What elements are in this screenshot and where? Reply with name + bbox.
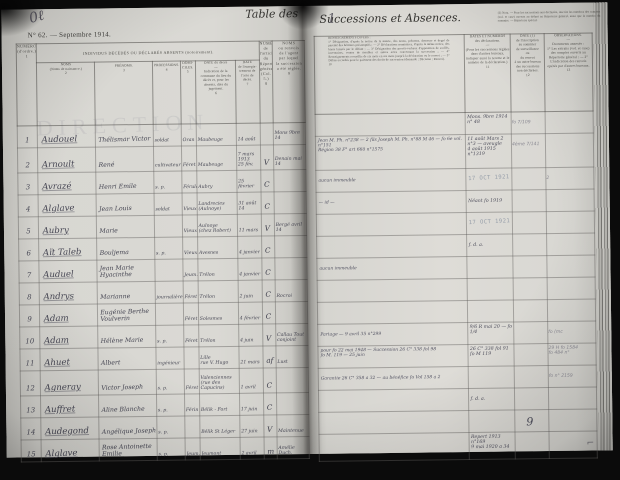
cell-text: Audegond [41, 427, 89, 438]
page-number-mark: 1 [327, 12, 335, 27]
cell-commune: Maubeuge [196, 145, 236, 171]
cell-profession [155, 303, 183, 325]
cell-text: 6 [26, 250, 31, 258]
cell-prenom: Marianne [97, 281, 155, 304]
cell-text: Solesmes [199, 316, 238, 322]
cell-text: Jean Louis [97, 204, 154, 212]
cell-prenom: Jean Marie Hyacinthe [97, 259, 155, 282]
cell-text: 8 [27, 294, 32, 302]
cell-domicile: Jeum. [183, 259, 198, 281]
cell-date-envoi [513, 233, 547, 255]
cell-text: Ahuet [40, 359, 70, 369]
cell-text: C [263, 269, 271, 277]
cell-text: Agneray [41, 384, 81, 395]
cell-text [516, 443, 549, 445]
cell-commune: Jeumont [200, 437, 240, 459]
page-title-left: Table des [245, 7, 298, 21]
cell-dates-numeros: Repert 1913 n°169 9 mai 1920 a 34 [469, 432, 515, 460]
cell-text: V [261, 159, 269, 167]
cell-text [469, 377, 514, 379]
cell-text: V [262, 225, 270, 233]
cell-text [316, 124, 465, 127]
cell-text [513, 245, 546, 247]
cell-nom: Avrazé [38, 172, 96, 195]
cell-text: 10 [25, 338, 34, 346]
cell-etat-civil: C [262, 280, 275, 302]
cell-prenom: Bouljema [97, 237, 155, 260]
cell-text: s. p. [157, 386, 184, 391]
cell-profession: cultivateur [153, 146, 181, 172]
cell-observations [547, 233, 595, 256]
cell-profession: s. p. [156, 325, 184, 347]
cell-renseignements [315, 112, 465, 136]
cell-text [515, 355, 548, 357]
band-header: INDIVIDUS DÉCÉDÉS OU DÉCLARÉS ABSENTS (n… [36, 41, 259, 63]
cell-text: Jeum. [184, 272, 198, 277]
cell-text: Vieux [183, 206, 197, 211]
cell-text: 5 [26, 228, 31, 236]
cell-observations [546, 189, 594, 212]
cell-domicile: Féret [183, 281, 198, 303]
cell-text: Aulnoye (chez Robert) [198, 222, 237, 233]
cell-text: Thélismar Victor [96, 135, 153, 143]
table-row: 13 Auffret Aline Blanche s. p. Férin Bél… [21, 393, 309, 419]
cell-text: Vieux [183, 250, 197, 255]
cell-date-deces: 31 août 14 [237, 192, 261, 214]
cell-dates-numeros [468, 366, 514, 389]
cell-date-envoi [514, 321, 548, 343]
cell-text: Adam [40, 315, 69, 325]
cell-text: Aline Blanche [99, 405, 156, 413]
cell-domicile: Jeum. [185, 438, 200, 460]
cell-text: 2 juin [239, 293, 262, 298]
cell-text: Jeum. [186, 451, 200, 456]
cell-text: 4 juin [239, 337, 262, 342]
cell-date-deces: 14 août [236, 123, 260, 145]
cell-etat-civil: V [263, 324, 276, 346]
cell-numero: 5 [18, 217, 38, 239]
cell-text: Henri Emile [96, 182, 153, 190]
col-header-repertoire: NUMÉRO de l'article du Répertoire généra… [259, 41, 273, 123]
cell-text: Albert [98, 358, 155, 366]
cell-text: s. p. [155, 250, 182, 255]
col-header-date: DATE de l'enregis- trement de l'acte de … [235, 60, 260, 123]
cell-observations [547, 255, 595, 278]
cell-commune: Valenciennes (rue des Capucins) [199, 368, 239, 394]
cell-date-envoi [512, 211, 546, 233]
cell-text: Maubeuge [197, 162, 236, 168]
cell-domicile [185, 416, 200, 438]
cell-etat-civil: C [262, 236, 275, 258]
cell-text: V [263, 335, 271, 343]
cell-nom: Aït Taleb [39, 238, 97, 261]
cell-notaire [274, 169, 306, 191]
cell-text: Mons 9bre 14 [274, 130, 305, 141]
cell-text [468, 289, 513, 291]
cell-text: Auffret [41, 406, 75, 416]
cell-notaire: Amélie Duch. [277, 437, 309, 459]
cell-renseignements: pour fo 22 mai 1948 — Succession 26 C° 3… [318, 344, 468, 368]
cell-text [548, 288, 595, 290]
cell-text: Hélène Marie [98, 336, 155, 344]
cell-commune: Trélon [198, 280, 238, 302]
cell-observations [545, 110, 593, 133]
cell-dates-numeros [469, 410, 515, 433]
successions-table-left: NUMÉROS (d'ordre.) 1 INDIVIDUS DÉCÉDÉS O… [16, 40, 310, 463]
cell-text: 15 [27, 451, 36, 459]
cell-etat-civil: C [262, 258, 275, 280]
cell-prenom: Rose Antoinette Emilie [99, 438, 157, 461]
cell-text: 9 [27, 316, 32, 324]
col-header-domiciles: DOMI- CILES. 5 [180, 61, 196, 124]
cell-commune: Avesnes [198, 236, 238, 258]
cell-prenom: Victor Joseph [98, 369, 156, 395]
cell-text: Bélik - Fort [200, 407, 239, 413]
cell-notaire: Bergé avril 14 [274, 213, 306, 235]
cell-numero: 1 [17, 125, 37, 147]
cell-text: soldat [154, 137, 181, 142]
cell-profession: soldat [154, 193, 182, 215]
cell-text: Féret [184, 338, 198, 343]
cell-renseignements [319, 410, 469, 434]
cell-dates-numeros: 17 OCT 1921 [466, 168, 512, 191]
cell-text: 2 avril [241, 451, 264, 456]
cell-domicile: Vieux [183, 237, 198, 259]
cell-etat-civil: af [263, 346, 276, 368]
cell-text: f. d. a. [467, 240, 512, 247]
cell-text: Repert 1913 n°169 9 mai 1920 a 34 [469, 432, 514, 449]
cell-text: 4 février [239, 315, 262, 320]
cell-text: Rocroi [276, 293, 307, 299]
cell-date-envoi [514, 387, 548, 409]
cell-renseignements [319, 432, 469, 461]
cell-numero: 15 [21, 440, 41, 462]
cell-text: 9/6 R mai 20 — fo 1/4 [468, 322, 513, 334]
cell-date-envoi [513, 299, 547, 321]
cell-nom: Audouel [37, 125, 95, 148]
cell-text: Garantie 26 C° 358 a 32 — au bénéfice fo… [319, 373, 468, 381]
cell-nom: Audegond [41, 417, 99, 440]
cell-text: aucun immeuble [316, 175, 465, 183]
cell-date-deces: 2 juin [238, 280, 262, 302]
cell-text: s. p. [156, 338, 183, 343]
cell-notaire [276, 367, 308, 393]
cell-text: Maubeuge [197, 136, 236, 142]
cell-date-envoi [515, 431, 549, 459]
cell-text: cultivateur [154, 162, 181, 167]
cell-dates-numeros: f. d. a. [468, 388, 514, 411]
cell-renseignements [317, 278, 467, 302]
cell-numero: 10 [20, 327, 40, 349]
cell-nom: Auduel [39, 260, 97, 283]
cell-observations [547, 277, 595, 300]
cell-etat-civil: C [261, 192, 274, 214]
cell-etat-civil: C [262, 302, 275, 324]
cell-text [547, 200, 594, 202]
cell-notaire [275, 235, 307, 257]
cell-nom: Ahuet [40, 348, 98, 371]
cell-text: Jeumont [201, 451, 240, 457]
cell-etat-civil: V [264, 415, 277, 437]
cell-text: journalière [156, 294, 183, 299]
cell-dates-numeros: 26 C° 338 fol 91 fo M 119 [468, 344, 514, 367]
cell-text: Trélon [199, 272, 238, 278]
col-header-numero: NUMÉROS (d'ordre.) 1 [16, 44, 37, 126]
cell-text: s. p. [158, 452, 185, 457]
cell-dates-numeros: 17 OCT 1921 [466, 212, 512, 235]
cell-nom: Agneray [40, 370, 98, 396]
table-row: 4 Alglave Jean Louis soldat Vieux Landre… [18, 191, 306, 217]
cell-text: Landrecies (Aulnoye) [198, 200, 237, 211]
cell-text: 12 [26, 385, 35, 393]
cell-nom: Aubry [38, 216, 96, 239]
cell-notaire: Rocroi [275, 279, 307, 301]
cell-text [515, 377, 548, 379]
cell-prenom: Henri Emile [96, 171, 154, 194]
cell-domicile: Oran [181, 123, 196, 145]
cell-text: — id — [317, 197, 466, 205]
register-spread: DIRECTION N° 62. — Septembre 1914. Table… [1, 2, 612, 457]
cell-date-deces: 11 mars [237, 214, 261, 236]
cell-text: Callau Tout conjoint [276, 332, 307, 343]
cell-notaire: Maintenue [277, 415, 309, 437]
col-header-prenoms: PRÉNOMS. 3 [94, 61, 153, 124]
cell-numero: 6 [19, 239, 39, 261]
cell-renseignements: Partage — 9 avril 35 n°299 [318, 322, 468, 346]
cell-profession: s. p. [156, 369, 184, 395]
cell-text: Marie [97, 226, 154, 234]
cell-profession: soldat [153, 124, 181, 146]
cell-domicile: Vieux [182, 215, 197, 237]
document-scan: DIRECTION N° 62. — Septembre 1914. Table… [0, 0, 620, 480]
cell-observations [546, 211, 594, 234]
cell-renseignements: Garantie 26 C° 358 a 32 — au bénéfice fo… [318, 366, 468, 390]
cell-etat-civil: C [264, 393, 277, 415]
cell-text: 4 [26, 206, 31, 214]
cell-observations: fo n° 2159 [548, 365, 596, 388]
cell-commune: Aubry [197, 170, 237, 192]
cell-text [514, 333, 547, 335]
cell-prenom: Hélène Marie [98, 325, 156, 348]
cell-domicile: Féret [184, 369, 199, 394]
cell-text: 29 H fo 1584 fo 484 n° [548, 343, 595, 355]
cell-text: Alglave [42, 450, 78, 460]
cell-date-deces: 4 janvier [238, 236, 262, 258]
cell-renseignements: Jean M. Ph. n°238 — 2 fils Joseph M. Ph.… [315, 134, 465, 170]
cell-text: C [264, 382, 272, 390]
cell-profession: s. p. [157, 416, 185, 438]
cell-text: C [263, 313, 271, 321]
cell-etat-civil: m [264, 437, 277, 459]
cell-text [319, 400, 468, 403]
table-body-left: 1 Audouel Thélismar Victor soldat Oran M… [17, 122, 309, 462]
cell-nom: Andrys [39, 282, 97, 305]
table-row: 11 Ahuet Albert ingénieur Lille rue V. H… [20, 345, 308, 371]
cell-numero: 14 [21, 418, 41, 440]
corner-tick-mark: ⌐ [587, 439, 595, 449]
cell-date-envoi: fo 7/109 [511, 111, 545, 133]
cell-date-envoi: 4ème 7/141 [511, 133, 545, 168]
cell-text: Vieux [183, 228, 197, 233]
cell-profession: s. p. [155, 237, 183, 259]
cell-text: Bélik St Léger [200, 429, 239, 435]
cell-text: 7 mars 1913 25 fév. [237, 151, 260, 167]
cell-text [548, 310, 595, 312]
cell-text: C [262, 247, 270, 255]
cell-text [467, 267, 512, 269]
cell-profession: ingénieur [156, 347, 184, 369]
cell-date-envoi [513, 255, 547, 277]
cell-text: 11 août Mars 2 n°3 — aveugle 4 août 1915… [466, 134, 511, 157]
cell-text [546, 144, 593, 146]
cell-text: 17 OCT 1921 [466, 171, 512, 183]
cell-commune: Aulnoye (chez Robert) [197, 214, 237, 236]
cell-nom: Arnoult [37, 147, 95, 173]
cell-etat-civil [260, 122, 273, 144]
cell-text: Audouel [38, 135, 78, 146]
cell-domicile: Férule [182, 171, 197, 193]
cell-observations [549, 409, 597, 432]
cell-domicile: Féret [181, 145, 196, 170]
table-row: 1 Audouel Thélismar Victor soldat Oran M… [17, 122, 305, 148]
cell-text: 11 mars [238, 227, 261, 232]
col-header-notaire: NOMS ou renvois de l'agent par lequel la… [272, 41, 305, 123]
cell-text [549, 398, 596, 400]
cell-text [513, 201, 546, 203]
table-row: 8 Andrys Marianne journalière Féret Trél… [19, 279, 307, 305]
cell-renseignements [317, 234, 467, 258]
page-title-right: Successions et Absences. [319, 11, 461, 26]
cell-text: Valenciennes (rue des Capucins) [200, 375, 239, 391]
cell-dates-numeros: Néant fo 1919 [466, 190, 512, 213]
table-row: 14 Audegond Angélique Joseph s. p. Bélik… [21, 415, 309, 441]
cell-commune: Maubeuge [196, 123, 236, 145]
cell-text: af [264, 357, 274, 365]
cell-text: V [264, 426, 272, 434]
cell-text [547, 222, 594, 224]
table-row: 6 Aït Taleb Bouljema s. p. Vieux Avesnes… [19, 235, 307, 261]
cell-nom: Auffret [41, 395, 99, 418]
table-row: 2 Arnoult René cultivateur Féret Maubeug… [17, 144, 305, 173]
cell-nom: Adam [40, 326, 98, 349]
cell-domicile [184, 347, 199, 369]
cell-text [549, 420, 596, 422]
cell-text: Jean M. Ph. n°238 — 2 fils Joseph M. Ph.… [316, 135, 465, 153]
cell-text: C [263, 291, 271, 299]
cell-observations: fo (mc [548, 321, 596, 344]
cell-renseignements: aucun immeuble [316, 168, 466, 192]
cell-text: Lille rue V. Hugo [200, 354, 239, 365]
table-row: Repert 1913 n°169 9 mai 1920 a 34 [319, 431, 597, 462]
cell-text: 27 juin [240, 429, 263, 434]
cell-prenom: René [95, 146, 153, 172]
cell-text: Féret [182, 162, 196, 167]
cell-date-deces: 25 février [237, 170, 261, 192]
cell-text: aucun immeuble [317, 263, 466, 271]
cell-text: s. p. [157, 430, 184, 435]
cell-notaire: Lust [276, 345, 308, 367]
successions-table-right: RENSEIGNEMENTS DIVERS : 1° Désignation, … [314, 32, 598, 462]
cell-text: f. d. a. [469, 394, 514, 401]
cell-text: 26 C° 338 fol 91 fo M 119 [468, 344, 513, 356]
cell-date-envoi [513, 277, 547, 299]
cell-profession [155, 259, 183, 281]
cell-text [317, 246, 466, 249]
cell-text: soldat [155, 206, 182, 211]
cell-notaire [277, 393, 309, 415]
cell-text: ingénieur [157, 360, 184, 365]
cell-dates-numeros [467, 278, 513, 301]
cell-notaire: Callau Tout conjoint [276, 323, 308, 345]
cell-text: Avesnes [198, 250, 237, 256]
cell-profession: s. p. [154, 171, 182, 193]
cell-text: s. p. [157, 408, 184, 413]
cell-text: 1 [25, 137, 30, 145]
cell-text [318, 312, 467, 315]
cell-text: Alglave [39, 204, 75, 214]
cell-text: Adam [40, 337, 69, 347]
cell-text: Aubry [197, 184, 236, 190]
cell-text: Néant fo 1919 [467, 196, 512, 203]
col-header-observations: OBSERVATIONS. — Documents annexés : 1° L… [544, 33, 593, 111]
cell-etat-civil: C [261, 170, 274, 192]
cell-renseignements: — id — [316, 190, 466, 214]
cell-profession [154, 215, 182, 237]
cell-text: 11 [26, 360, 35, 368]
cell-text: Oran [182, 137, 196, 142]
cell-etat-civil: V [261, 214, 274, 236]
cell-text: fo n° 2159 [549, 371, 596, 378]
cell-text: 3 [26, 184, 31, 192]
cell-numero: 12 [20, 371, 40, 397]
cell-nom: Alglave [38, 194, 96, 217]
cell-dates-numeros: 11 août Mars 2 n°3 — aveugle 4 août 1915… [465, 133, 511, 168]
table-row: 7 Auduel Jean Marie Hyacinthe Jeum. Trél… [19, 257, 307, 283]
cell-text [318, 290, 467, 293]
cell-domicile: Vieux [182, 193, 197, 215]
table-row: 10 Adam Hélène Marie s. p. Féret Trélon … [20, 323, 308, 349]
cell-numero: 7 [19, 261, 39, 283]
cell-text: Lust [277, 359, 308, 365]
cell-profession: journalière [155, 281, 183, 303]
cell-text [547, 266, 594, 268]
cell-profession: s. p. [156, 394, 184, 416]
cell-text: Féret [184, 316, 198, 321]
cell-text: Angélique Joseph [99, 427, 156, 435]
cell-text: Auduel [39, 271, 74, 281]
cell-domicile: Férin [184, 394, 199, 416]
cell-text: Férin [185, 407, 199, 412]
cell-text: Maintenue [277, 428, 308, 434]
cell-text [513, 223, 546, 225]
cell-renseignements: aucun immeuble [317, 256, 467, 280]
cell-commune: Trélon [198, 258, 238, 280]
cell-numero: 13 [21, 396, 41, 418]
cell-text: 14 août [237, 136, 260, 141]
cell-numero: 3 [18, 173, 38, 195]
cell-observations: 29 H fo 1584 fo 484 n° [548, 343, 596, 366]
cell-text: Denain mai 14 [274, 156, 305, 167]
cell-prenom: Angélique Joseph [99, 416, 157, 439]
cell-text: 13 [26, 407, 35, 415]
cell-date-deces: 4 février [238, 302, 262, 324]
cell-etat-civil: C [263, 368, 276, 393]
cell-prenom: Thélismar Victor [95, 124, 153, 147]
table-row: 9 Adam Eugénie Berthe Voulverin Féret So… [19, 301, 307, 327]
cell-numero: 11 [20, 349, 40, 371]
cell-text: 7 [27, 272, 32, 280]
cell-text: C [262, 203, 270, 211]
